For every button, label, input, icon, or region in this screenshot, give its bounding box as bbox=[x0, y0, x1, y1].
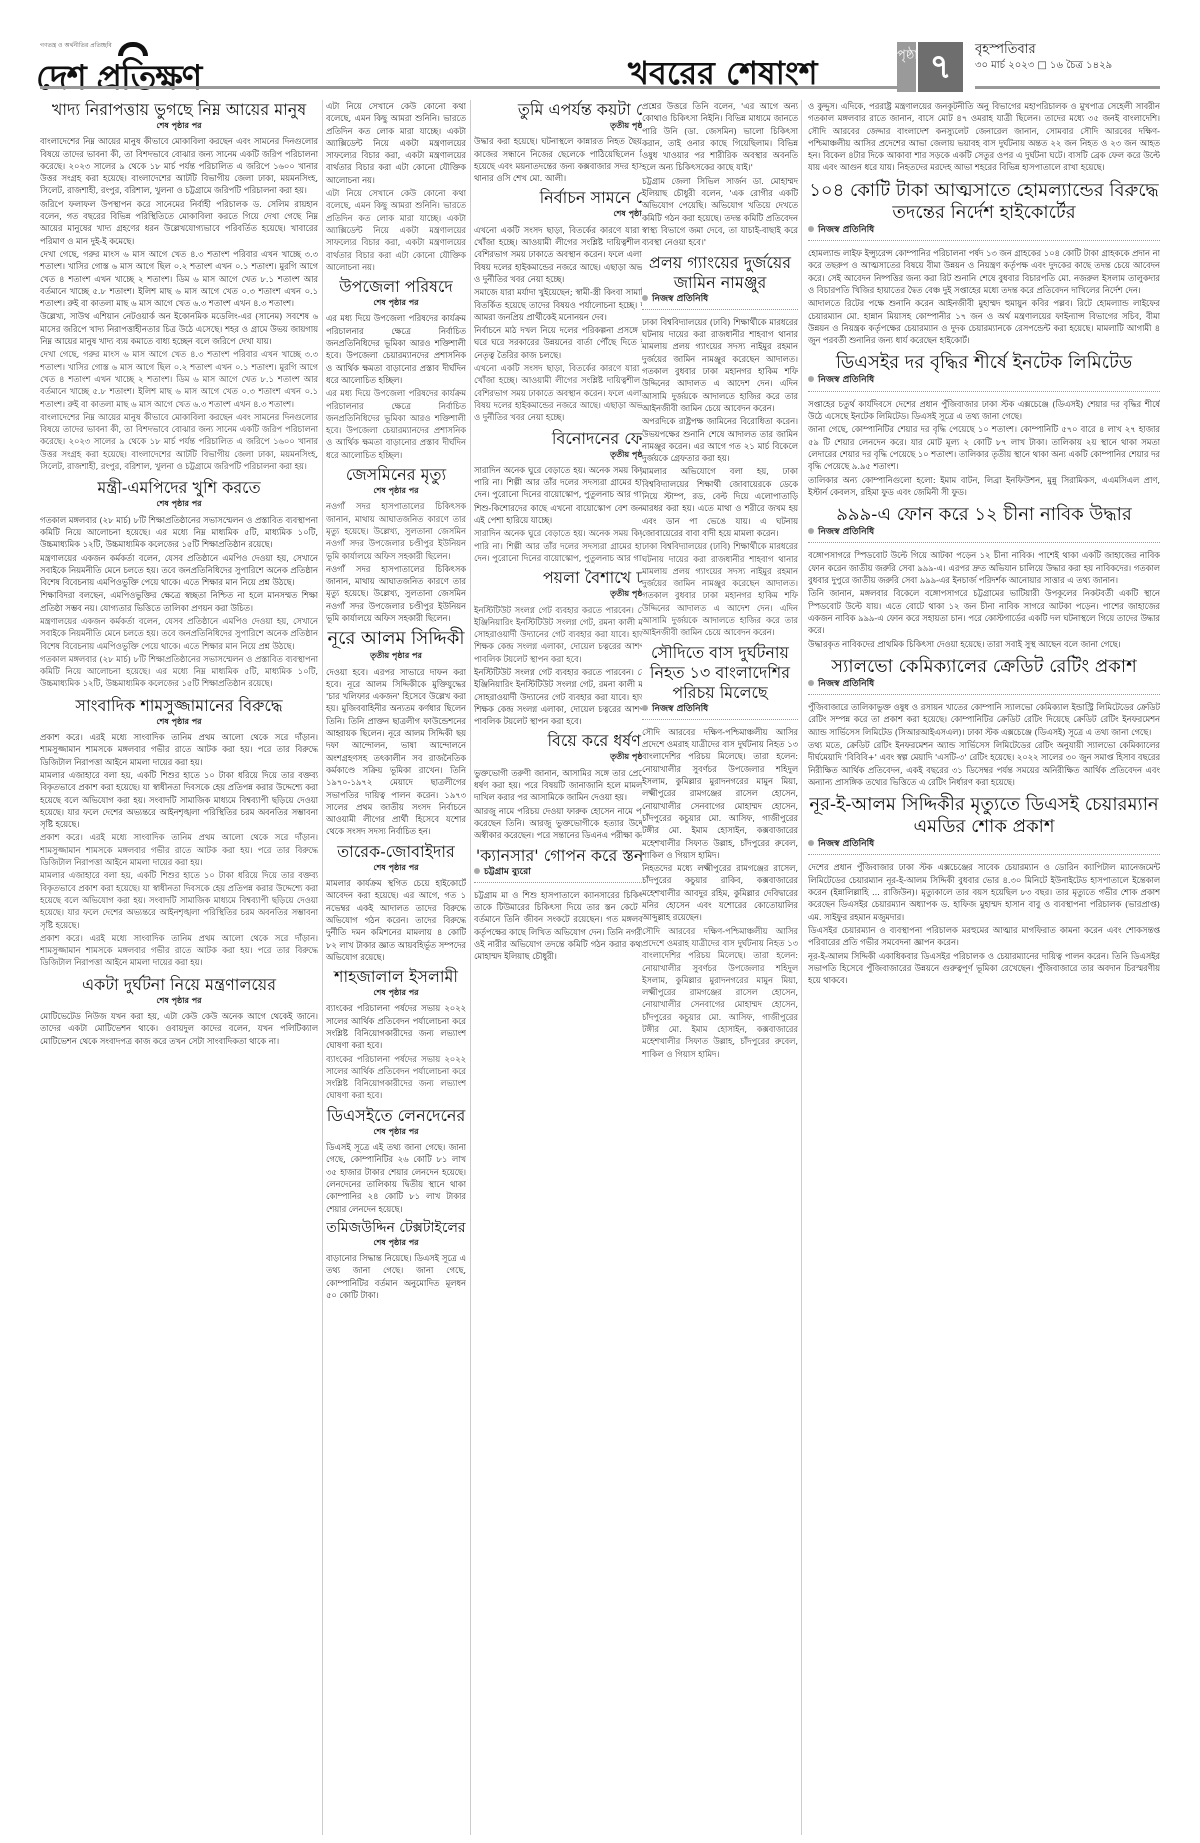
jump-line: শেষ পৃষ্ঠার পর bbox=[40, 995, 318, 1007]
headline: তারেক-জোবাইদার bbox=[326, 842, 466, 862]
paragraph: গতকাল মঙ্গলবার (২৮ মার্চ) ৮টি শিক্ষাপ্রত… bbox=[40, 514, 318, 551]
paragraph: আদালতে রিটের পক্ষে শুনানি করেন আইনজীবী ম… bbox=[808, 297, 1160, 346]
masthead-rule bbox=[40, 86, 600, 89]
paragraph: এটা নিয়ে সেখানে কেউ কোনো কথা বলেছে, এমন… bbox=[326, 100, 466, 186]
paragraph: চট্টগ্রাম জেলা সিভিল সার্জন ডা. মোহাম্মদ… bbox=[642, 175, 798, 249]
article-upazila: উপজেলা পরিষদে শেষ পৃষ্ঠার পর এর মধ্য দিয… bbox=[326, 277, 466, 461]
paragraph: ও কুদ্দুস। এদিকে, পররাষ্ট্র মন্ত্রণালয়ে… bbox=[808, 100, 1160, 174]
headline: শাহজালাল ইসলামী bbox=[326, 967, 466, 987]
paragraph: দেশের প্রধান পুঁজিবাজার ঢাকা স্টক এক্সচে… bbox=[808, 861, 1160, 922]
paragraph: মামলার এজাহারে বলা হয়, একটি শিশুর হাতে … bbox=[40, 769, 318, 830]
paragraph: বাড়ানোর সিদ্ধান্ত নিয়েছে। ডিএসই সূত্রে… bbox=[326, 1252, 466, 1301]
paragraph: প্রকাশ করে। এরই মধ্যে সাংবাদিক তানিম প্র… bbox=[40, 932, 318, 969]
paragraph: দেওয়া হবে। এরপর সাভারে দাফন করা হবে। নূ… bbox=[326, 666, 466, 838]
jump-line: শেষ পৃষ্ঠার পর bbox=[40, 120, 318, 132]
paragraph: জরিপে ফলাফল উপস্থাপন করে সানেমের নির্বাহ… bbox=[40, 198, 318, 247]
paragraph: সপ্তাহের চতুর্থ কার্যদিবসে দেশের প্রধান … bbox=[808, 398, 1160, 423]
jump-line: শেষ পৃষ্ঠার পর bbox=[326, 987, 466, 999]
paragraph: দেখা গেছে, গরুর মাংস ৬ মাস আগে খেত ৪.৩ শ… bbox=[40, 348, 318, 409]
headline: ডিএসইর দর বৃদ্ধির শীর্ষে ইনটেক লিমিটেড bbox=[808, 352, 1160, 374]
bullet-icon bbox=[808, 528, 814, 534]
byline: নিজস্ব প্রতিনিধি bbox=[642, 293, 798, 310]
paragraph: সৌদি আরবের দক্ষিণ-পশ্চিমাঞ্চলীয় আসির প্… bbox=[642, 925, 798, 1060]
page-number: ৭ bbox=[918, 42, 963, 92]
article-sailors: ৯৯৯-এ ফোন করে ১২ চীনা নাবিক উদ্ধার নিজস্… bbox=[808, 504, 1160, 650]
headline: ৯৯৯-এ ফোন করে ১২ চীনা নাবিক উদ্ধার bbox=[808, 504, 1160, 526]
article-saudi: সৌদিতে বাস দুর্ঘটনায় নিহত ১৩ বাংলাদেশির… bbox=[642, 643, 798, 1060]
paragraph: বাংলাদেশের নিম্ন আয়ের মানুষ কীভাবে মোকা… bbox=[40, 135, 318, 196]
paragraph: পুঁজিবাজারে তালিকাভুক্ত ওষুধ ও রসায়ন খা… bbox=[808, 701, 1160, 738]
article-prolay: প্রলয় গ্যাংয়ের দুর্জয়ের জামিন নামঞ্জু… bbox=[642, 253, 798, 639]
headline: একটা দুর্ঘটনা নিয়ে মন্ত্রণালয়ের bbox=[40, 975, 318, 995]
paragraph: গতকাল মঙ্গলবার (২৮ মার্চ) ৮টি শিক্ষাপ্রত… bbox=[40, 653, 318, 690]
article-food-security: খাদ্য নিরাপত্তায় ভুগছে নিম্ন আয়ের মানু… bbox=[40, 100, 318, 472]
column-1: খাদ্য নিরাপত্তায় ভুগছে নিম্ন আয়ের মানু… bbox=[40, 100, 318, 1840]
paragraph: ঢাকা বিশ্ববিদ্যালয়ের (ঢাবি) শিক্ষার্থীক… bbox=[642, 316, 798, 414]
column-2: এটা নিয়ে সেখানে কেউ কোনো কথা বলেছে, এমন… bbox=[326, 100, 466, 1840]
byline: নিজস্ব প্রতিনিধি bbox=[808, 526, 1160, 543]
paragraph: নওগাঁ সদর হাসপাতালের চিকিৎসক জানান, মাথা… bbox=[326, 500, 466, 561]
bullet-icon bbox=[808, 680, 814, 686]
byline: নিজস্ব প্রতিনিধি bbox=[808, 678, 1160, 695]
headline: সাংবাদিক শামসুজ্জামানের বিরুদ্ধে bbox=[40, 696, 318, 716]
paragraph: মামলার কার্যক্রম স্থগিত চেয়ে হাইকোর্টে … bbox=[326, 877, 466, 963]
paragraph: প্রশ্নের উত্তরে তিনি বলেন, 'এর আগে অন্য … bbox=[642, 100, 798, 174]
paragraph: মোটিভেটেড নিউজ যখন করা হয়, এটা কেউ কেউ … bbox=[40, 1010, 318, 1047]
bullet-icon bbox=[474, 868, 480, 874]
headline: নূরে আলম সিদ্দিকী bbox=[326, 628, 466, 650]
headline: ডিএসইতে লেনদেনের bbox=[326, 1106, 466, 1126]
paragraph: উল্লেখ্য, সাউথ এশিয়ান নেটওয়ার্ক অন ইকো… bbox=[40, 310, 318, 347]
column-4: প্রশ্নের উত্তরে তিনি বলেন, 'এর আগে অন্য … bbox=[642, 100, 798, 1840]
paragraph: মামলার অভিযোগে বলা হয়, ঢাকা বিশ্ববিদ্যা… bbox=[642, 465, 798, 539]
article-homeland: ১০৪ কোটি টাকা আত্মসাতে হোমল্যান্ডের বিরু… bbox=[808, 180, 1160, 347]
paragraph: উদ্ধারকৃত নাবিকদের প্রাথমিক চিকিৎসা দেওয… bbox=[808, 638, 1160, 650]
headline: প্রলয় গ্যাংয়ের দুর্জয়ের জামিন নামঞ্জু… bbox=[642, 253, 798, 293]
paragraph: অপরদিকে রাষ্ট্রপক্ষ জামিনের বিরোধিতা করে… bbox=[642, 415, 798, 464]
article-mp-happy: মন্ত্রী-এমপিদের খুশি করতে শেষ পৃষ্ঠার পর… bbox=[40, 478, 318, 689]
column-5: ও কুদ্দুস। এদিকে, পররাষ্ট্র মন্ত্রণালয়ে… bbox=[808, 100, 1160, 1840]
article-dse-trading: ডিএসইতে লেনদেনের শেষ পৃষ্ঠার পর ডিএসই সূ… bbox=[326, 1106, 466, 1215]
article-nure-alam: নূরে আলম সিদ্দিকী তৃতীয় পৃষ্ঠার পর দেওয… bbox=[326, 628, 466, 837]
paragraph: ব্যাংকের পরিচালনা পর্ষদের সভায় ২০২২ সাল… bbox=[326, 1053, 466, 1102]
section-title: খবরের শেষাংশ bbox=[628, 48, 818, 102]
jump-line: শেষ পৃষ্ঠার পর bbox=[326, 862, 466, 874]
headline: স্যালভো কেমিক্যালের ক্রেডিট রেটিং প্রকাশ bbox=[808, 656, 1160, 678]
paragraph: মন্ত্রণালয়ের একজন কর্মকর্তা বলেন, যেসব … bbox=[40, 552, 318, 589]
jump-line: শেষ পৃষ্ঠার পর bbox=[326, 1237, 466, 1249]
article-tarek-zobaidar: তারেক-জোবাইদার শেষ পৃষ্ঠার পর মামলার কার… bbox=[326, 842, 466, 963]
jump-line: শেষ পৃষ্ঠার পর bbox=[326, 1126, 466, 1138]
paragraph: তালিকার অন্য কোম্পানিগুলো হলো: ইমাম বাটন… bbox=[808, 474, 1160, 499]
paragraph: তিনি জানান, মঙ্গলবার বিকেলে বঙ্গোপসাগরে … bbox=[808, 587, 1160, 636]
article-intech: ডিএসইর দর বৃদ্ধির শীর্ষে ইনটেক লিমিটেড ন… bbox=[808, 352, 1160, 498]
paragraph: শিক্ষাবিদরা বলছেন, এমপিওভুক্তির ক্ষেত্রে… bbox=[40, 589, 318, 614]
paragraph: নওগাঁ সদর হাসপাতালের চিকিৎসক জানান, মাথা… bbox=[326, 563, 466, 624]
article-tamijuddin: তমিজউদ্দিন টেক্সটাইলের শেষ পৃষ্ঠার পর বা… bbox=[326, 1219, 466, 1301]
jump-line: শেষ পৃষ্ঠার পর bbox=[40, 716, 318, 728]
jump-line: তৃতীয় পৃষ্ঠার পর bbox=[326, 650, 466, 662]
paragraph: বঙ্গোপসাগরে স্পিডবোট উল্টে গিয়ে আটকা পড… bbox=[808, 549, 1160, 586]
paragraph: প্রকাশ করে। এরই মধ্যে সাংবাদিক তানিম প্র… bbox=[40, 731, 318, 768]
article-accident-ministry: একটা দুর্ঘটনা নিয়ে মন্ত্রণালয়ের শেষ পৃ… bbox=[40, 975, 318, 1047]
paragraph: নিহতদের মধ্যে লক্ষ্মীপুরের রামগঞ্জের রাস… bbox=[642, 862, 798, 923]
headline: উপজেলা পরিষদে bbox=[326, 277, 466, 297]
paragraph: মামলার এজাহারে বলা হয়, একটি শিশুর হাতে … bbox=[40, 869, 318, 930]
paragraph: তথ্য মতে, ক্রেডিট রেটিং ইনফরমেশন অ্যান্ড… bbox=[808, 739, 1160, 788]
article-shahjalal: শাহজালাল ইসলামী শেষ পৃষ্ঠার পর ব্যাংকের … bbox=[326, 967, 466, 1102]
paragraph: ডিএসই সূত্রে এই তথ্য জানা গেছে। জানা গেছ… bbox=[326, 1141, 466, 1215]
headline: নূর-ই-আলম সিদ্দিকীর মৃত্যুতে ডিএসই চেয়া… bbox=[808, 794, 1160, 838]
paragraph: ঢাকা বিশ্ববিদ্যালয়ের (ঢাবি) শিক্ষার্থীক… bbox=[642, 540, 798, 638]
paragraph: ব্যাংকের পরিচালনা পর্ষদের সভায় ২০২২ সাল… bbox=[326, 1002, 466, 1051]
masthead-rule bbox=[975, 86, 1160, 89]
paragraph: এর মধ্য দিয়ে উপজেলা পরিষদের কার্যক্রম প… bbox=[326, 312, 466, 386]
bullet-icon bbox=[642, 295, 648, 301]
jump-line: শেষ পৃষ্ঠার পর bbox=[40, 498, 318, 510]
byline: নিজস্ব প্রতিনিধি bbox=[808, 224, 1160, 241]
paragraph: ডিএসইর চেয়ারম্যান ও ব্যবস্থাপনা পরিচালক… bbox=[808, 924, 1160, 949]
paragraph: এটা নিয়ে সেখানে কেউ কোনো কথা বলেছে, এমন… bbox=[326, 187, 466, 273]
page-label: পৃষ্ঠা bbox=[897, 42, 916, 92]
headline: ১০৪ কোটি টাকা আত্মসাতে হোমল্যান্ডের বিরু… bbox=[808, 180, 1160, 224]
article-salvo: স্যালভো কেমিক্যালের ক্রেডিট রেটিং প্রকাশ… bbox=[808, 656, 1160, 788]
article-journalist: সাংবাদিক শামসুজ্জামানের বিরুদ্ধে শেষ পৃষ… bbox=[40, 696, 318, 969]
paragraph: জানা গেছে, কোম্পানিটির শেয়ার দর বৃদ্ধি … bbox=[808, 423, 1160, 472]
jump-line: শেষ পৃষ্ঠার পর bbox=[326, 297, 466, 309]
byline: নিজস্ব প্রতিনিধি bbox=[808, 374, 1160, 391]
article-jesmin: জেসমিনের মৃত্যু শেষ পৃষ্ঠার পর নওগাঁ সদর… bbox=[326, 465, 466, 624]
paragraph: প্রকাশ করে। এরই মধ্যে সাংবাদিক তানিম প্র… bbox=[40, 831, 318, 868]
jump-line: শেষ পৃষ্ঠার পর bbox=[326, 485, 466, 497]
article-nur-alam-dse: নূর-ই-আলম সিদ্দিকীর মৃত্যুতে ডিএসই চেয়া… bbox=[808, 794, 1160, 986]
byline: নিজস্ব প্রতিনিধি bbox=[642, 703, 798, 720]
bullet-icon bbox=[642, 705, 648, 711]
headline: তমিজউদ্দিন টেক্সটাইলের bbox=[326, 1219, 466, 1237]
bullet-icon bbox=[808, 840, 814, 846]
headline: সৌদিতে বাস দুর্ঘটনায় নিহত ১৩ বাংলাদেশির… bbox=[642, 643, 798, 703]
issue-date: ৩০ মার্চ ২০২৩ □ ১৬ চৈত্র ১৪২৯ bbox=[975, 58, 1112, 75]
paragraph: দেখা গেছে, গরুর মাংস ৬ মাস আগে খেত ৪.৩ শ… bbox=[40, 248, 318, 309]
paragraph: মন্ত্রণালয়ের একজন কর্মকর্তা বলেন, যেসব … bbox=[40, 615, 318, 652]
paragraph: হোমল্যান্ড লাইফ ইন্স্যুরেন্স কোম্পানির প… bbox=[808, 247, 1160, 296]
masthead-rule bbox=[600, 86, 897, 89]
paragraph: নূর-ই-আলম সিদ্দিকী একাধিকবার ডিএসইর পরিচ… bbox=[808, 950, 1160, 987]
paragraph: বাংলাদেশের নিম্ন আয়ের মানুষ কীভাবে মোকা… bbox=[40, 411, 318, 472]
headline: জেসমিনের মৃত্যু bbox=[326, 465, 466, 485]
byline: নিজস্ব প্রতিনিধি bbox=[808, 838, 1160, 855]
headline: খাদ্য নিরাপত্তায় ভুগছে নিম্ন আয়ের মানু… bbox=[40, 100, 318, 120]
headline: মন্ত্রী-এমপিদের খুশি করতে bbox=[40, 478, 318, 498]
masthead-tagline: গণতন্ত্র ও অর্থনীতির প্রতিচ্ছবি bbox=[40, 40, 112, 51]
bullet-icon bbox=[808, 376, 814, 382]
bullet-icon bbox=[808, 226, 814, 232]
paragraph: সৌদি আরবের দক্ষিণ-পশ্চিমাঞ্চলীয় আসির প্… bbox=[642, 726, 798, 861]
paragraph: এর মধ্য দিয়ে উপজেলা পরিষদের কার্যক্রম প… bbox=[326, 387, 466, 461]
